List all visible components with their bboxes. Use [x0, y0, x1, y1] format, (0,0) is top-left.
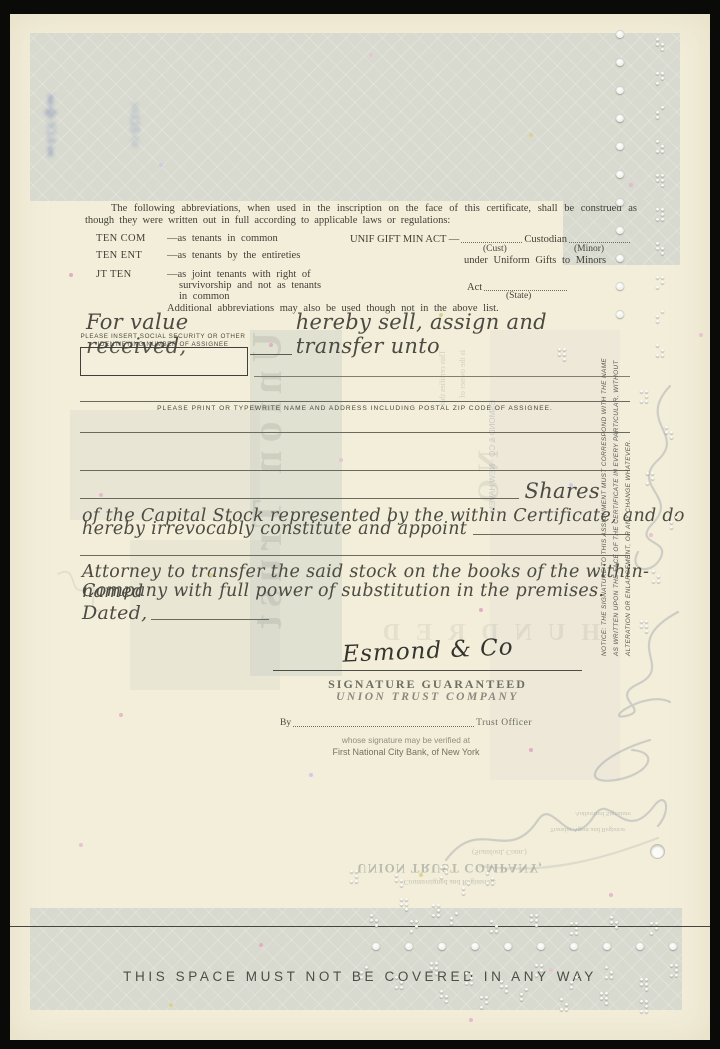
ghost-countersigned-text: Countersigned and Registered: — [365, 878, 535, 887]
verify-line-2: First National City Bank, of New York — [280, 747, 532, 757]
footer-notice: THIS SPACE MUST NOT BE COVERED IN ANY WA… — [10, 969, 710, 984]
abbreviations-intro: The following abbreviations, when used i… — [85, 203, 637, 226]
abbr-ten-com-meaning: —as tenants in common — [167, 233, 278, 244]
footer-rule — [10, 926, 710, 927]
bottom-security-band — [30, 908, 682, 1010]
by-label: By — [280, 718, 291, 728]
abbreviations-intro-text: The following abbreviations, when used i… — [85, 203, 637, 226]
side-notice-line-3: ALTERATION OR ENLARGEMENT, OR ANY CHANGE… — [624, 336, 634, 656]
date-write-line[interactable] — [151, 615, 269, 620]
signature-rule — [273, 670, 582, 671]
union-trust-company-stamp: UNION TRUST COMPANY — [273, 691, 582, 703]
dated-row: Dated, — [82, 602, 332, 624]
side-notice: NOTICE: THE SIGNATURE TO THIS ASSIGNMENT… — [600, 336, 634, 656]
print-typewrite-note: PLEASE PRINT OR TYPEWRITE NAME AND ADDRE… — [80, 405, 630, 412]
ssn-entry-box[interactable] — [80, 347, 248, 376]
by-signature-line[interactable] — [293, 717, 474, 727]
side-notice-line-2: AS WRITTEN UPON THE FACE OF THE CERTIFIC… — [612, 336, 622, 656]
appoint-row: hereby irrevocably constitute and appoin… — [82, 519, 630, 539]
trust-officer-title: Trust Officer — [476, 718, 532, 728]
ghost-transfer-agent-text: Transfer Agent and Registrar — [550, 826, 670, 833]
ghost-stamford-text: (Stamford, Conn.) — [472, 848, 567, 857]
signature-guaranteed-stamp: SIGNATURE GUARANTEED — [273, 677, 582, 692]
abbr-jt-ten-meaning-3: in common — [179, 291, 230, 302]
ink-bleed-smudge: ▮�914▮ — [44, 92, 59, 159]
custodian-word: Custodian — [524, 234, 567, 245]
side-notice-line-1: NOTICE: THE SIGNATURE TO THIS ASSIGNMENT… — [600, 336, 610, 656]
unif-gift-label: UNIF GIFT MIN ACT — — [350, 234, 459, 245]
shares-word: Shares — [525, 479, 600, 503]
shares-row: Shares — [80, 479, 600, 503]
transfer-phrase-text: hereby sell, assign and transfer unto — [296, 310, 602, 358]
minor-write-line[interactable] — [569, 233, 630, 243]
abbr-jt-ten-meaning-1: —as joint tenants with right of — [167, 269, 311, 280]
ssn-instruction-line1: PLEASE INSERT SOCIAL SECURITY OR OTHER — [72, 333, 254, 341]
assignee-write-line-2[interactable] — [80, 432, 630, 433]
abbr-jt-ten-meaning-2: survivorship and not as tenants — [179, 280, 321, 291]
state-caption: (State) — [506, 291, 531, 301]
ghost-union-trust-stamp: UNION TRUST COMPANY, — [330, 860, 570, 876]
abbr-ten-com: TEN COM — [96, 233, 146, 244]
ghost-authorized-signature-text: Authorized Signature — [575, 810, 680, 817]
assignee-write-line-3[interactable] — [80, 470, 630, 471]
abbr-jt-ten: JT TEN — [96, 269, 132, 280]
ink-bleed-smudge: ▯115▯ — [128, 100, 142, 147]
attorney-line-2: Company with full power of substitution … — [82, 581, 604, 601]
shares-amount-line[interactable] — [80, 494, 519, 499]
certificate-paper: Union Trust This certifies that is the o… — [10, 14, 710, 1040]
scanned-certificate-back: Union Trust This certifies that is the o… — [0, 0, 720, 1049]
showthrough-tint-block — [70, 410, 260, 520]
custodian-write-line[interactable] — [461, 233, 522, 243]
assignee-address-line[interactable] — [80, 401, 630, 402]
minor-caption: (Minor) — [574, 244, 604, 254]
dated-label: Dated, — [82, 602, 147, 624]
by-row: By Trust Officer — [280, 717, 532, 728]
act-write-line[interactable] — [484, 281, 567, 291]
abbr-ten-ent: TEN ENT — [96, 250, 142, 261]
abbr-ten-ent-meaning: —as tenants by the entireties — [167, 250, 300, 261]
attorney-write-line[interactable] — [80, 555, 630, 556]
assignor-write-line[interactable] — [250, 350, 292, 355]
assignee-name-line[interactable] — [254, 376, 630, 377]
paper-speckles — [10, 14, 12, 16]
under-minors-text: under Uniform Gifts to Minors — [464, 255, 606, 266]
ssn-instruction-label: PLEASE INSERT SOCIAL SECURITY OR OTHER I… — [72, 333, 254, 348]
cust-caption: (Cust) — [483, 244, 507, 254]
verify-line-1: whose signature may be verified at — [280, 735, 532, 745]
act-word: Act — [467, 282, 482, 293]
appoint-text: hereby irrevocably constitute and appoin… — [82, 519, 467, 539]
